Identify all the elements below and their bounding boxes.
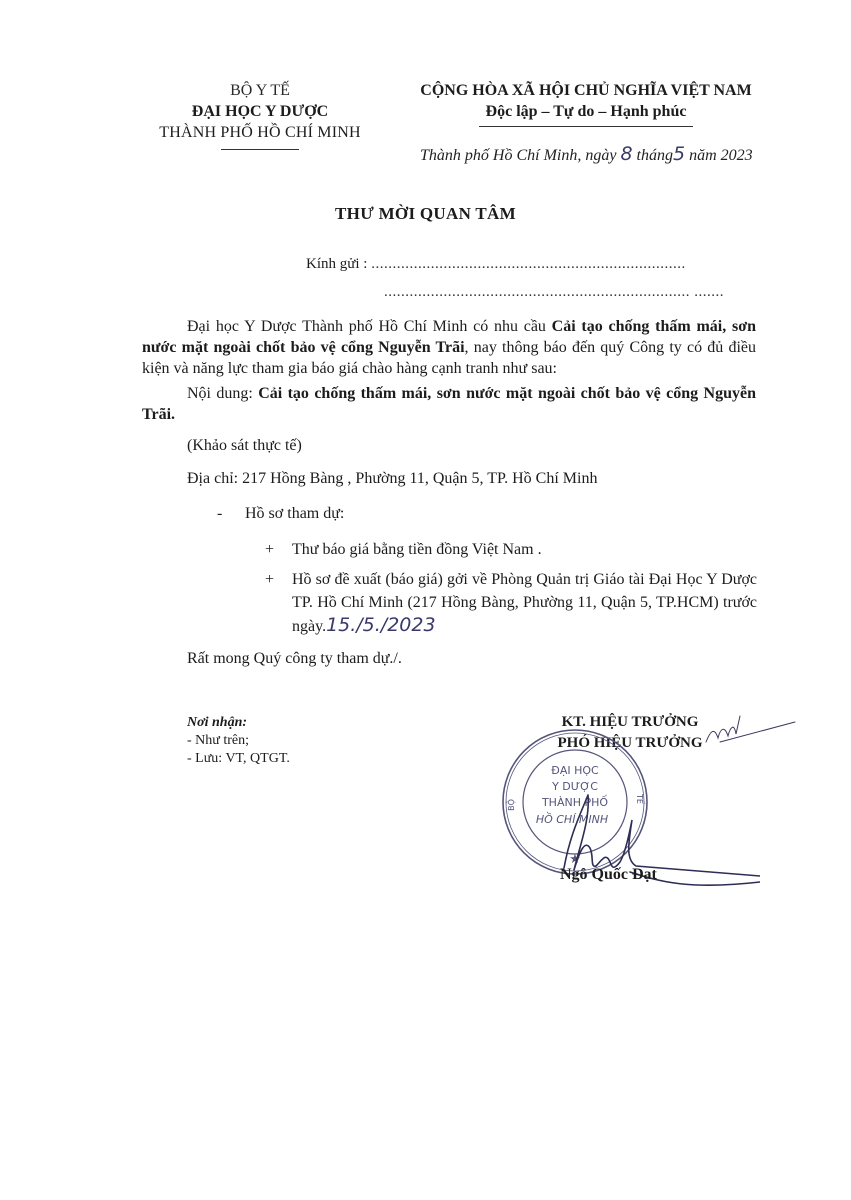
month-label: tháng [633,147,673,164]
document-item: + Hồ sơ đề xuất (báo giá) gởi về Phòng Q… [265,568,757,638]
documents-label: Hồ sơ tham dự: [245,505,344,522]
recipients-block: Nơi nhận: - Như trên; - Lưu: VT, QTGT. [187,714,290,768]
dash-marker: - [217,505,245,523]
recipient-item: - Như trên; [187,732,290,750]
plus-marker: + [265,538,274,561]
national-header: CỘNG HÒA XÃ HỘI CHỦ NGHĨA VIỆT NAM Độc l… [396,80,776,127]
recipient-item: - Lưu: VT, QTGT. [187,750,290,768]
closing-line: Rất mong Quý công ty tham dự./. [187,650,402,668]
handwritten-deadline: 15./5./2023 [326,614,436,636]
content-paragraph: Nội dung: Cải tạo chống thấm mái, sơn nư… [142,383,756,425]
initials-icon [700,712,800,752]
survey-note: (Khảo sát thực tế) [187,437,302,455]
documents-heading: -Hồ sơ tham dự: [217,505,344,523]
ministry-name: BỘ Y TẾ [130,80,390,101]
document-item-text-wrap: Hồ sơ đề xuất (báo giá) gởi về Phòng Quả… [292,568,757,638]
recipient-blank-line-1: ........................................… [371,256,686,272]
salutation: Kính gửi : .............................… [306,256,686,273]
document-title: THƯ MỜI QUAN TÂM [0,204,851,224]
salutation-label: Kính gửi : [306,256,371,272]
handwritten-month: 5 [673,143,685,165]
document-item-text: Thư báo giá bằng tiền đồng Việt Nam . [292,538,757,561]
university-name: ĐẠI HỌC Y DƯỢC [130,101,390,122]
place-date-prefix: Thành phố Hồ Chí Minh, ngày [420,147,620,164]
national-motto: Độc lập – Tự do – Hạnh phúc [396,101,776,122]
content-end: . [171,406,175,423]
document-item: + Thư báo giá bằng tiền đồng Việt Nam . [265,538,757,561]
stamp-left-text: BỘ [505,799,516,811]
salutation-line-2: ........................................… [384,284,724,301]
header-right-divider [479,126,693,127]
year-label: năm 2023 [685,147,753,164]
content-label: Nội dung: [187,385,258,402]
national-title: CỘNG HÒA XÃ HỘI CHỦ NGHĨA VIỆT NAM [396,80,776,101]
handwritten-day: 8 [620,143,632,165]
intro-text-1: Đại học Y Dược Thành phố Hồ Chí Minh có … [187,318,552,335]
intro-paragraph: Đại học Y Dược Thành phố Hồ Chí Minh có … [142,316,756,379]
place-date: Thành phố Hồ Chí Minh, ngày 8 tháng5 năm… [420,143,753,165]
issuing-authority: BỘ Y TẾ ĐẠI HỌC Y DƯỢC THÀNH PHỐ HỒ CHÍ … [130,80,390,150]
recipient-blank-line-2: ........................................… [384,284,724,300]
address: Địa chỉ: 217 Hồng Bàng , Phường 11, Quận… [187,470,597,488]
stamp-line: ĐẠI HỌC [551,764,599,777]
header-left-divider [221,149,299,150]
recipients-heading: Nơi nhận: [187,714,290,732]
plus-marker: + [265,568,274,591]
city-name: THÀNH PHỐ HỒ CHÍ MINH [130,122,390,143]
signer-name: Ngô Quốc Đạt [560,866,657,884]
